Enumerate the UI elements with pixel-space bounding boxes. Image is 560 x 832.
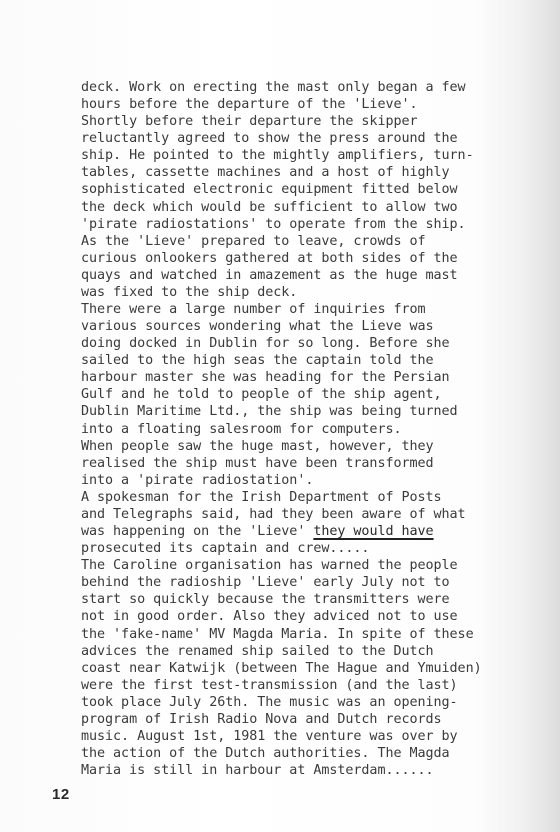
text-line: 'pirate radiostations' to operate from t…	[81, 216, 551, 233]
text-line: into a floating salesroom for computers.	[81, 421, 551, 438]
text-line: Gulf and he told to people of the ship a…	[81, 386, 551, 403]
text-line: not in good order. Also they adviced not…	[81, 608, 551, 625]
text-line: As the 'Lieve' prepared to leave, crowds…	[81, 233, 551, 250]
text-line: realised the ship must have been transfo…	[81, 455, 551, 472]
text-line: Shortly before their departure the skipp…	[81, 113, 551, 130]
text-line: reluctantly agreed to show the press aro…	[81, 130, 551, 147]
text-line: was fixed to the ship deck.	[81, 284, 551, 301]
text-line: advices the renamed ship sailed to the D…	[81, 643, 551, 660]
text-line: coast near Katwijk (between The Hague an…	[81, 660, 551, 677]
text-line: the 'fake-name' MV Magda Maria. In spite…	[81, 626, 551, 643]
page-number: 12	[52, 786, 70, 803]
text-line: into a 'pirate radiostation'.	[81, 472, 551, 489]
text-line: sophisticated electronic equipment fitte…	[81, 181, 551, 198]
text-line: and Telegraphs said, had they been aware…	[81, 506, 551, 523]
typewritten-body-text: deck. Work on erecting the mast only beg…	[81, 79, 551, 779]
text-line: harbour master she was heading for the P…	[81, 369, 551, 386]
text-line: hours before the departure of the 'Lieve…	[81, 96, 551, 113]
text-line: various sources wondering what the Lieve…	[81, 318, 551, 335]
text-line: start so quickly because the transmitter…	[81, 591, 551, 608]
text-line: When people saw the huge mast, however, …	[81, 438, 551, 455]
text-line: curious onlookers gathered at both sides…	[81, 250, 551, 267]
text-line: program of Irish Radio Nova and Dutch re…	[81, 711, 551, 728]
text-line: quays and watched in amazement as the hu…	[81, 267, 551, 284]
text-line: the action of the Dutch authorities. The…	[81, 745, 551, 762]
text-line: tables, cassette machines and a host of …	[81, 164, 551, 181]
text-line: Maria is still in harbour at Amsterdam..…	[81, 762, 551, 779]
text-line: was happening on the 'Lieve' they would …	[81, 523, 551, 540]
text-line: Dublin Maritime Ltd., the ship was being…	[81, 403, 551, 420]
text-line: doing docked in Dublin for so long. Befo…	[81, 335, 551, 352]
underlined-text: they would have	[313, 524, 433, 539]
text-line: the deck which would be sufficient to al…	[81, 199, 551, 216]
text-line: sailed to the high seas the captain told…	[81, 352, 551, 369]
text-line: prosecuted its captain and crew.....	[81, 540, 551, 557]
text-line: A spokesman for the Irish Department of …	[81, 489, 551, 506]
text-line: took place July 26th. The music was an o…	[81, 694, 551, 711]
text-segment: was happening on the 'Lieve'	[81, 524, 313, 539]
text-line: behind the radioship 'Lieve' early July …	[81, 574, 551, 591]
text-line: ship. He pointed to the mightly amplifie…	[81, 147, 551, 164]
text-line: The Caroline organisation has warned the…	[81, 557, 551, 574]
text-line: deck. Work on erecting the mast only beg…	[81, 79, 551, 96]
text-line: were the first test-transmission (and th…	[81, 677, 551, 694]
text-line: music. August 1st, 1981 the venture was …	[81, 728, 551, 745]
text-line: There were a large number of inquiries f…	[81, 301, 551, 318]
